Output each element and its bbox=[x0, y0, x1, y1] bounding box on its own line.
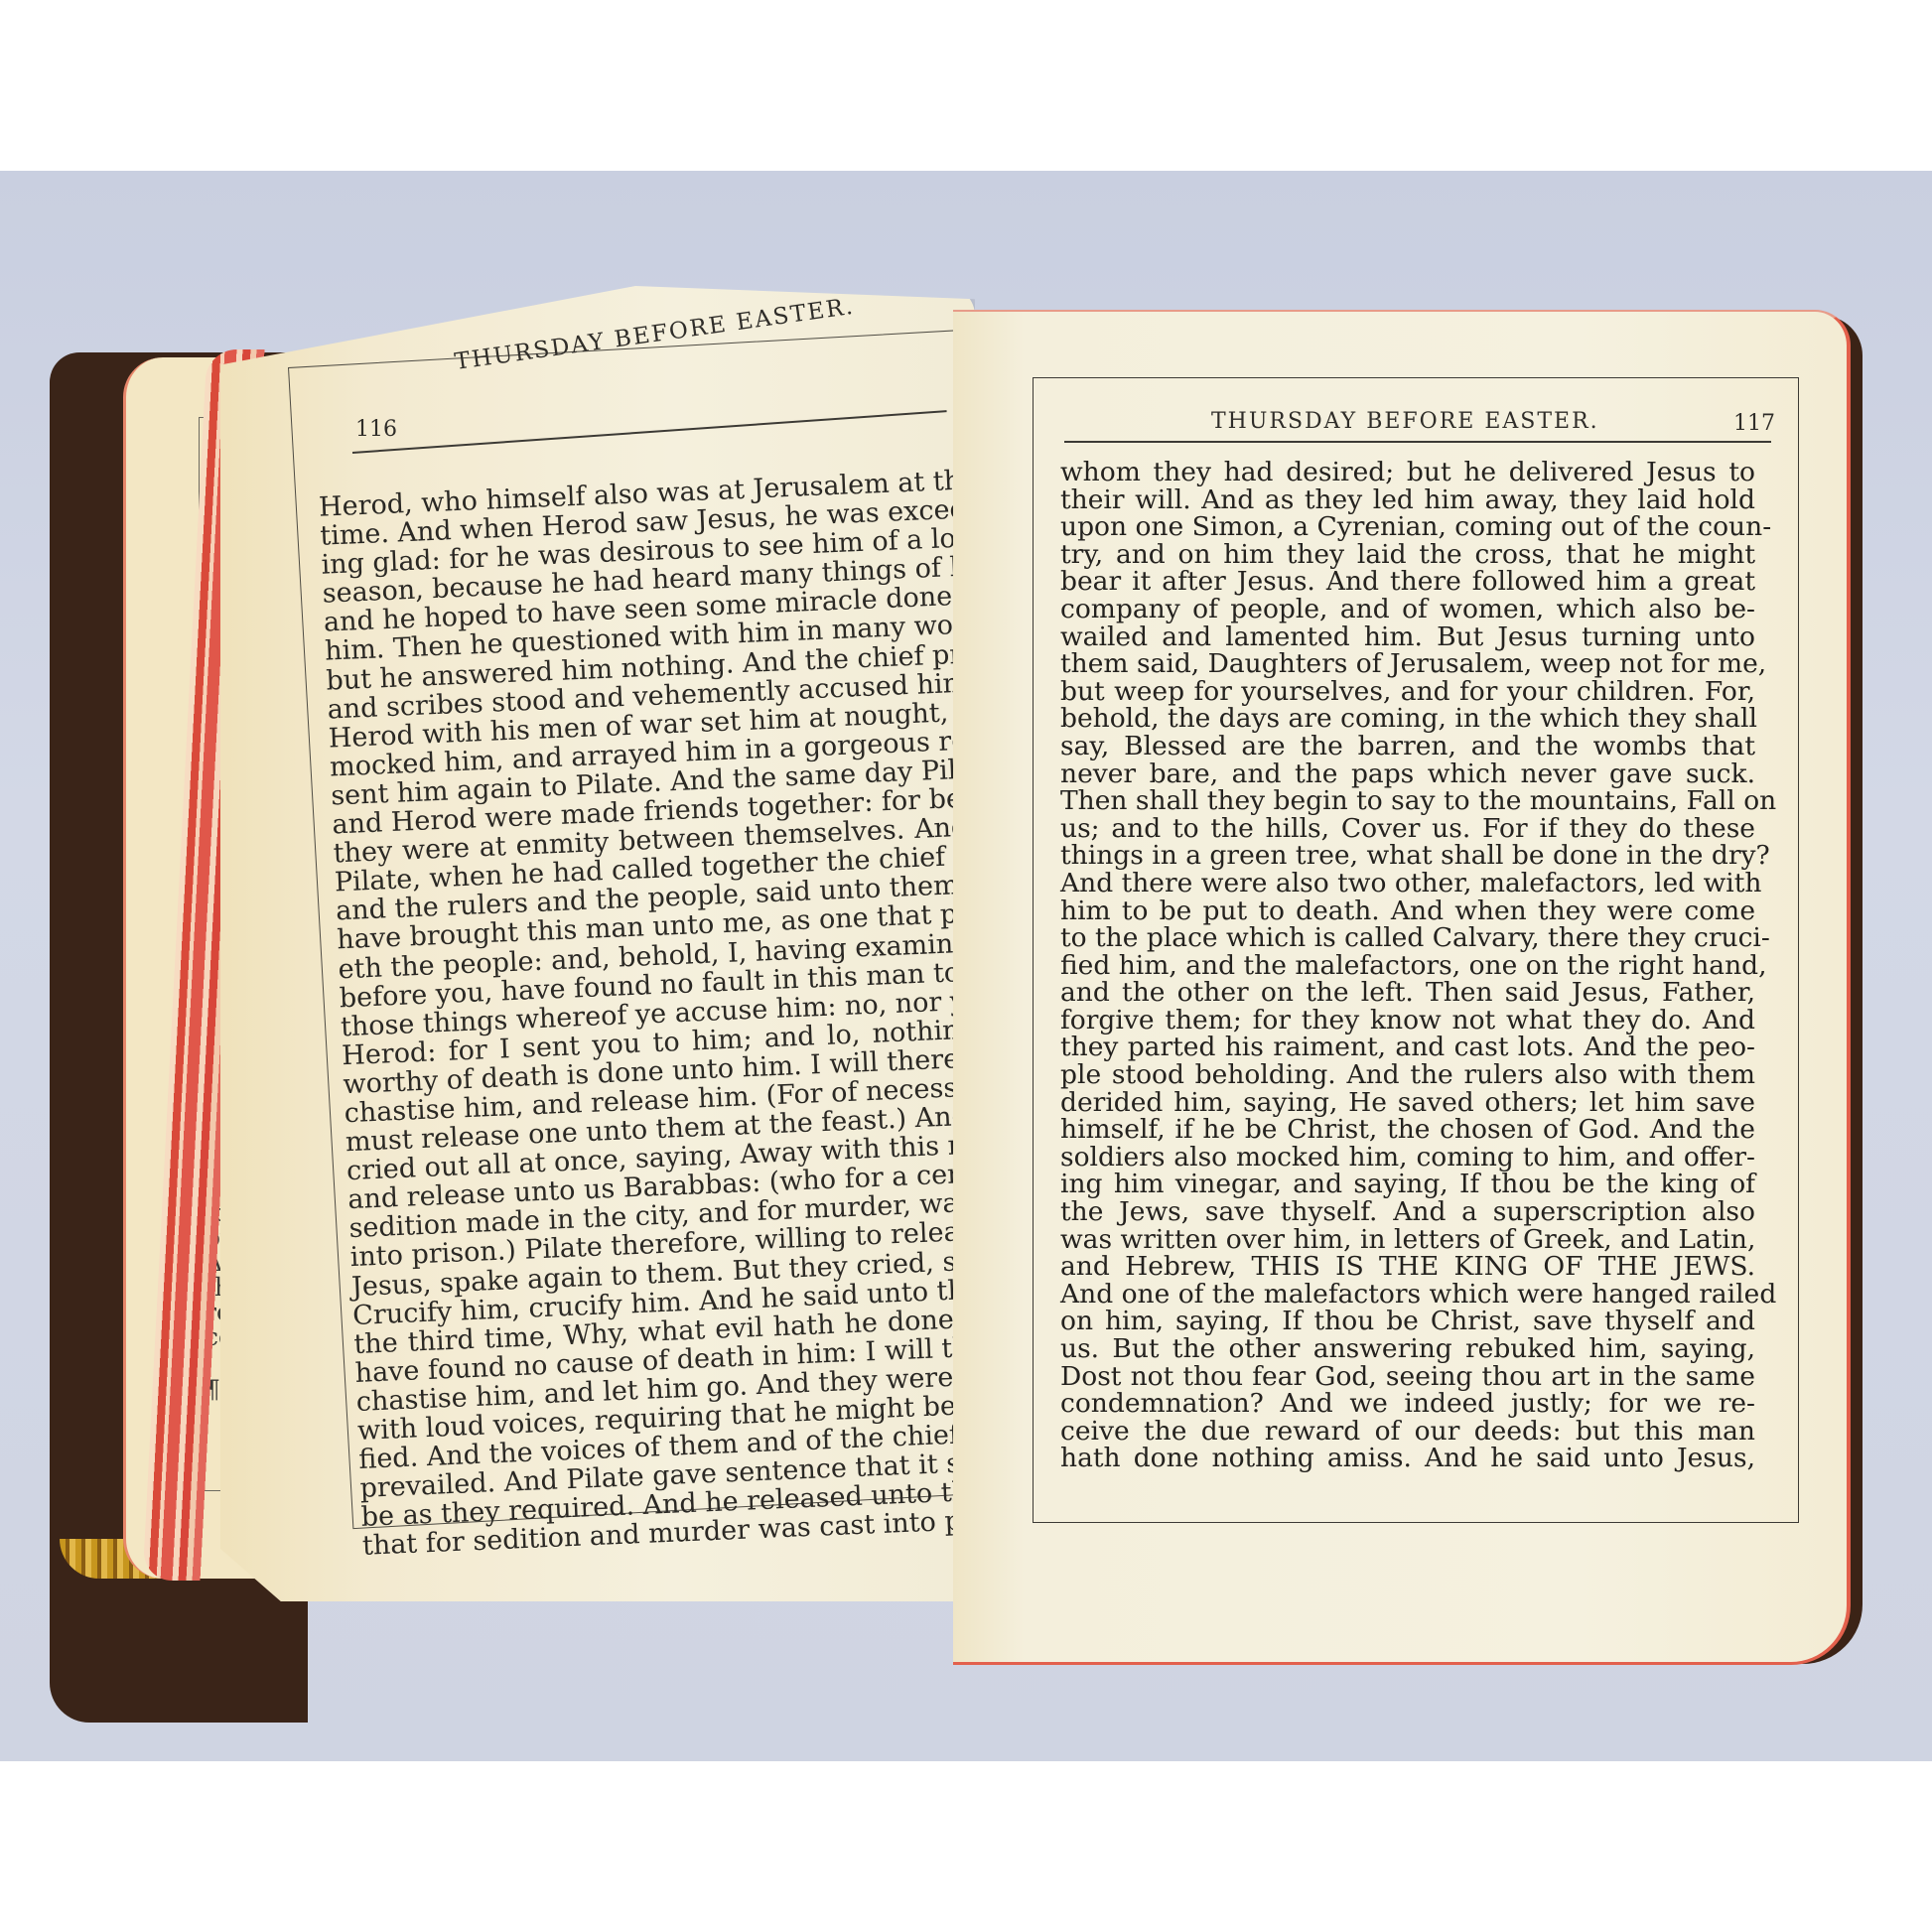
page-117-line: and Hebrew, THIS IS THE KING OF THE JEWS… bbox=[1060, 1253, 1755, 1281]
page-117-line: company of people, and of women, which a… bbox=[1060, 596, 1755, 623]
page-117-line: ple stood beholding. And the rulers also… bbox=[1060, 1061, 1755, 1089]
page-117-line: Then shall they begin to say to the moun… bbox=[1060, 787, 1755, 815]
page-117-line: things in a green tree, what shall be do… bbox=[1060, 842, 1755, 870]
page-117-line: they parted his raiment, and cast lots. … bbox=[1060, 1034, 1755, 1061]
page-117-line: them said, Daughters of Jerusalem, weep … bbox=[1060, 650, 1755, 678]
page-117-line: fied him, and the malefactors, one on th… bbox=[1060, 952, 1755, 980]
page-117-line: say, Blessed are the barren, and the wom… bbox=[1060, 733, 1755, 760]
page-117-line: condemnation? And we indeed justly; for … bbox=[1060, 1390, 1755, 1418]
page-117-line: derided him, saying, He saved others; le… bbox=[1060, 1089, 1755, 1117]
page-117-line: And one of the malefactors which were ha… bbox=[1060, 1281, 1755, 1309]
page-117-header-rule bbox=[1064, 441, 1771, 443]
page-117-line: him to be put to death. And when they we… bbox=[1060, 897, 1755, 925]
page-117-line: ceive the due reward of our deeds: but t… bbox=[1060, 1418, 1755, 1446]
page-117-line: try, and on him they laid the cross, tha… bbox=[1060, 541, 1755, 569]
page-117-line: hath done nothing amiss. And he said unt… bbox=[1060, 1445, 1755, 1472]
page-117-line: us; and to the hills, Cover us. For if t… bbox=[1060, 815, 1755, 843]
page-117-line: soldiers also mocked him, coming to him,… bbox=[1060, 1144, 1755, 1172]
page-117-number: 117 bbox=[1733, 411, 1775, 436]
page-117-line: whom they had desired; but he delivered … bbox=[1060, 459, 1755, 486]
page-117-line: to the place which is called Calvary, th… bbox=[1060, 924, 1755, 952]
page-117-line: their will. And as they led him away, th… bbox=[1060, 486, 1755, 514]
page-116-number: 116 bbox=[355, 417, 397, 442]
page-117-line: us. But the other answering rebuked him,… bbox=[1060, 1335, 1755, 1363]
page-117-line: never bare, and the paps which never gav… bbox=[1060, 760, 1755, 788]
page-117-line: Dost not thou fear God, seeing thou art … bbox=[1060, 1363, 1755, 1391]
page-117-line: and the other on the left. Then said Jes… bbox=[1060, 979, 1755, 1007]
page-117-line: the Jews, save thyself. And a superscrip… bbox=[1060, 1198, 1755, 1226]
page-117-line: forgive them; for they know not what the… bbox=[1060, 1007, 1755, 1035]
page-117-body-text: whom they had desired; but he delivered … bbox=[1060, 459, 1755, 1472]
page-117-running-head: THURSDAY BEFORE EASTER. bbox=[1211, 409, 1599, 434]
page-117-line: but weep for yourselves, and for your ch… bbox=[1060, 678, 1755, 706]
page-117-line: on him, saying, If thou be Christ, save … bbox=[1060, 1308, 1755, 1335]
page-117-line: himself, if he be Christ, the chosen of … bbox=[1060, 1116, 1755, 1144]
page-117-line: upon one Simon, a Cyrenian, coming out o… bbox=[1060, 513, 1755, 541]
page-116-body-text: Herod, who himself also was at Jerusalem… bbox=[319, 467, 999, 1561]
page-117-line: bear it after Jesus. And there followed … bbox=[1060, 568, 1755, 596]
page-117-line: And there were also two other, malefacto… bbox=[1060, 870, 1755, 897]
page-117-line: was written over him, in letters of Gree… bbox=[1060, 1226, 1755, 1254]
page-117-line: wailed and lamented him. But Jesus turni… bbox=[1060, 623, 1755, 651]
page-117-line: ing him vinegar, and saying, If thou be … bbox=[1060, 1171, 1755, 1198]
page-117-line: behold, the days are coming, in the whic… bbox=[1060, 705, 1755, 733]
